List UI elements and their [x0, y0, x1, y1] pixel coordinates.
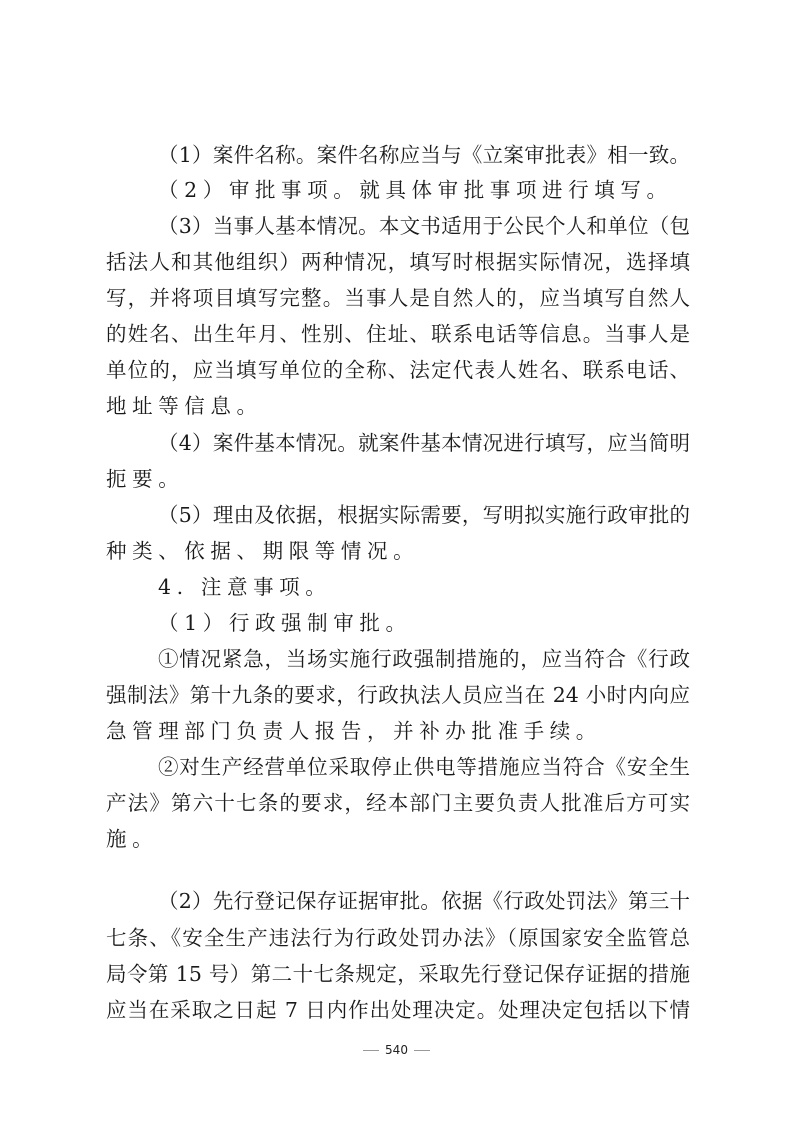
right-dash: [414, 1050, 430, 1051]
text-line: 产法》第六十七条的要求，经本部门主要负责人批准后方可实: [106, 785, 690, 821]
text-line: 写，并将项目填写完整。当事人是自然人的，应当填写自然人: [106, 280, 690, 316]
text-line: （2）先行登记保存证据审批。依据《行政处罚法》第三十: [158, 883, 690, 919]
text-line: 强制法》第十九条的要求，行政执法人员应当在 24 小时内向应: [106, 677, 690, 713]
text-line: （5）理由及依据，根据实际需要，写明拟实施行政审批的: [158, 497, 690, 533]
page-footer: 540: [0, 1043, 793, 1057]
text-line: （3）当事人基本情况。本文书适用于公民个人和单位（包: [158, 208, 690, 244]
text-line: （1）案件名称。案件名称应当与《立案审批表》相一致。: [158, 137, 690, 173]
text-line: 单位的，应当填写单位的全称、法定代表人姓名、联系电话、: [106, 352, 690, 388]
text-line: ②对生产经营单位采取停止供电等措施应当符合《安全生: [158, 749, 690, 785]
left-dash: [363, 1050, 379, 1051]
text-line: （1）行政强制审批。: [158, 605, 690, 641]
text-line: 4. 注意事项。: [158, 569, 690, 605]
text-line: 扼要。: [106, 461, 690, 497]
text-line: 括法人和其他组织）两种情况，填写时根据实际情况，选择填: [106, 244, 690, 280]
document-page: （1）案件名称。案件名称应当与《立案审批表》相一致。（2）审批事项。就具体审批事…: [0, 0, 793, 1122]
text-line: （2）审批事项。就具体审批事项进行填写。: [158, 172, 690, 208]
text-line: 急管理部门负责人报告，并补办批准手续。: [106, 713, 690, 749]
text-line: 七条、《安全生产违法行为行政处罚办法》（原国家安全监管总: [106, 920, 690, 956]
text-line: 种类、依据、期限等情况。: [106, 533, 690, 569]
text-line: ①情况紧急，当场实施行政强制措施的，应当符合《行政: [158, 641, 690, 677]
text-line: 局令第 15 号）第二十七条规定，采取先行登记保存证据的措施: [106, 956, 690, 992]
text-line: 地址等信息。: [106, 388, 690, 424]
text-line: 施。: [106, 821, 690, 857]
text-line: 应当在采取之日起 7 日内作出处理决定。处理决定包括以下情: [106, 992, 690, 1028]
text-line: （4）案件基本情况。就案件基本情况进行填写，应当简明: [158, 425, 690, 461]
page-number: 540: [385, 1043, 408, 1057]
text-line: 的姓名、出生年月、性别、住址、联系电话等信息。当事人是: [106, 316, 690, 352]
